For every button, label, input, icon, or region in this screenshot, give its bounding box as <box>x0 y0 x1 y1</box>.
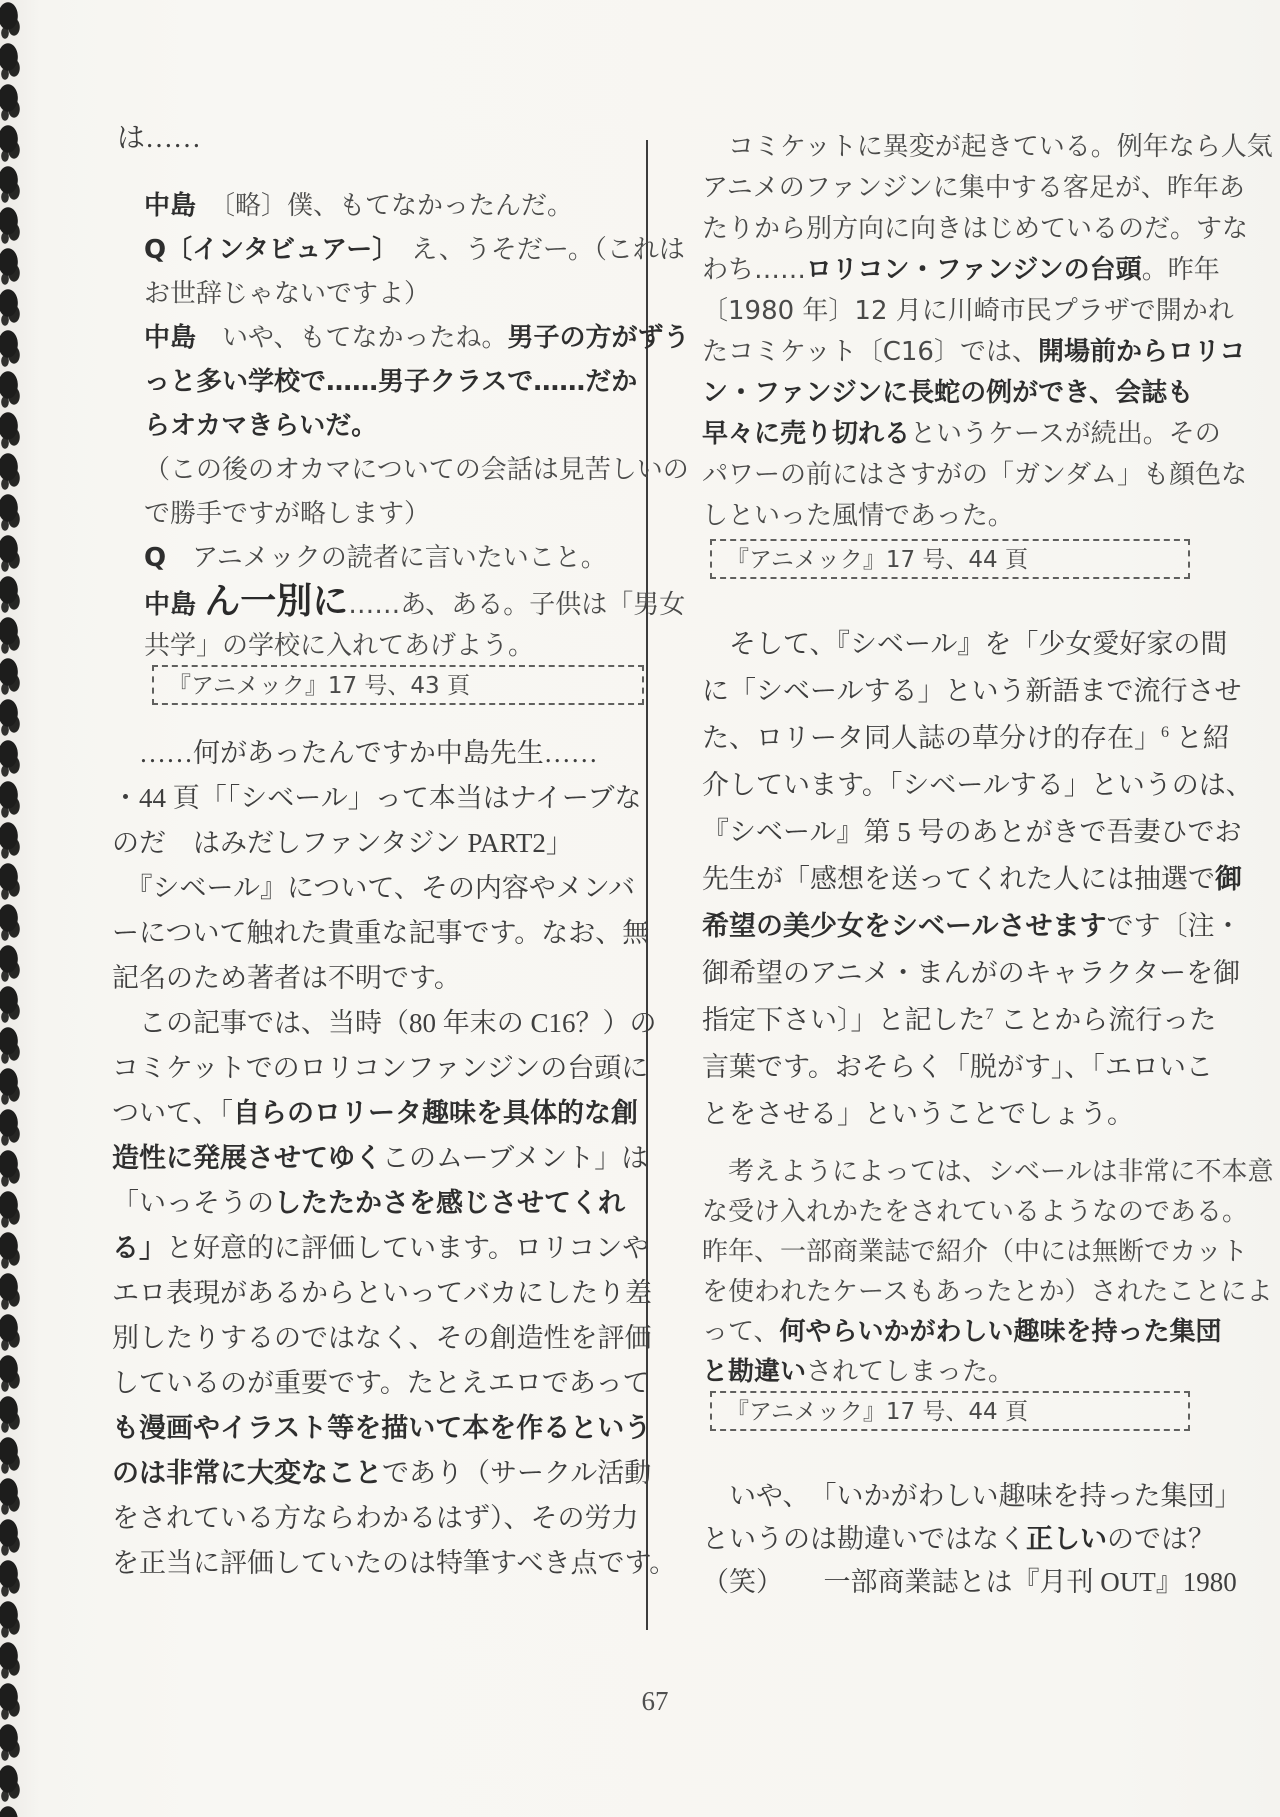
left-commentary-text: ……何があったんですか中島先生……・44 頁「「シベール」って本当はナイーブなの… <box>112 731 676 1586</box>
text-line: 昨年、一部商業誌で紹介（中には無断でカット <box>702 1232 1273 1272</box>
lead-continuation-text: は…… <box>117 116 201 156</box>
text-line: をされている方ならわかるはず）、その労力 <box>112 1496 676 1541</box>
text-line: 中島 ん一別に……あ、ある。子供は「男女 <box>144 580 690 624</box>
text-line: わち……ロリコン・ファンジンの台頭。昨年 <box>702 250 1273 291</box>
text-line: この記事では、当時（80 年末の C16？）の <box>112 1001 676 1046</box>
text-line: っと多い学校で……男子クラスで……だか <box>144 360 690 404</box>
text-line: ン・ファンジンに長蛇の例ができ、会誌も <box>702 373 1273 414</box>
text-line: 指定下さい〕」と記した7 ことから流行った <box>702 997 1253 1044</box>
text-line: たコミケット〔C16〕では、開場前からロリコ <box>702 332 1273 373</box>
citation-box-animec-17-44-b: 『アニメック』17 号、44 頁 <box>710 1391 1190 1431</box>
text-line: しているのが重要です。たとえエロであって <box>112 1361 676 1406</box>
text-line: ついて、「自らのロリータ趣味を具体的な創 <box>112 1091 676 1136</box>
animec-quote-block-2: 考えようによっては、シベールは非常に不本意な受け入れかたをされているようなのであ… <box>702 1152 1273 1392</box>
text-line: 言葉です。おそらく「脱がす」、「エロいこ <box>702 1044 1253 1091</box>
text-line: 別したりするのではなく、その創造性を評価 <box>112 1316 676 1361</box>
text-line: る」と好意的に評価しています。ロリコンや <box>112 1226 676 1271</box>
text-line: 希望の美少女をシベールさせますです〔注・ <box>702 903 1253 950</box>
citation-text: 『アニメック』17 号、44 頁 <box>726 547 1028 573</box>
text-line: お世辞じゃないですよ） <box>144 272 690 316</box>
text-line: ・44 頁「「シベール」って本当はナイーブな <box>112 776 676 821</box>
text-line: たりから別方向に向きはじめているのだ。すな <box>702 209 1273 250</box>
scanned-book-page: は…… 中島 〔略〕僕、もてなかったんだ。Q〔インタビュアー〕 え、うそだー。（… <box>0 0 1280 1817</box>
text-line: と勘違いされてしまった。 <box>702 1352 1273 1392</box>
text-line: で勝手ですが略します） <box>144 492 690 536</box>
citation-text: 『アニメック』17 号、43 頁 <box>168 673 470 699</box>
text-line: しといった風情であった。 <box>702 496 1273 537</box>
text-line: 中島 いや、もてなかったね。男子の方がずう <box>144 316 690 360</box>
text-line: （この後のオカマについての会話は見苦しいの <box>144 448 690 492</box>
page-number: 67 <box>0 1686 1280 1717</box>
text-line: に「シベールする」という新語まで流行させ <box>702 668 1253 715</box>
text-line: いや、 「いかがわしい趣味を持った集団」 <box>702 1475 1241 1518</box>
text-line: らオカマきらいだ。 <box>144 404 690 448</box>
text-line: 「いっそうのしたたかさを感じさせてくれ <box>112 1181 676 1226</box>
text-line: って、何やらいかがわしい趣味を持った集団 <box>702 1312 1273 1352</box>
text-line: た、ロリータ同人誌の草分け的存在」6 と紹 <box>702 715 1253 762</box>
text-line: 記名のため著者は不明です。 <box>112 956 676 1001</box>
text-line: 共学」の学校に入れてあげよう。 <box>144 624 690 668</box>
text-line: とをさせる」ということでしょう。 <box>702 1091 1253 1138</box>
text-line: エロ表現があるからといってバカにしたり差 <box>112 1271 676 1316</box>
text-line: 考えようによっては、シベールは非常に不本意 <box>702 1152 1273 1192</box>
text-line: ……何があったんですか中島先生…… <box>112 731 676 776</box>
text-line: 先生が「感想を送ってくれた人には抽選で御 <box>702 856 1253 903</box>
text-line: 介しています。「シベールする」というのは、 <box>702 762 1253 809</box>
citation-box-animec-17-44-a: 『アニメック』17 号、44 頁 <box>710 539 1190 579</box>
spiral-binding-edge <box>0 0 30 1817</box>
text-line: （笑） 一部商業誌とは『月刊 OUT』1980 <box>702 1561 1241 1604</box>
text-line: Q〔インタビュアー〕 え、うそだー。（これは <box>144 228 690 272</box>
text-line: Q アニメックの読者に言いたいこと。 <box>144 536 690 580</box>
text-line: 御希望のアニメ・まんがのキャラクターを御 <box>702 950 1253 997</box>
text-line: コミケットでのロリコンファンジンの台頭に <box>112 1046 676 1091</box>
text-line: というのは勘違いではなく正しいのでは？ <box>702 1518 1241 1561</box>
text-line: を使われたケースもあったとか）されたことによ <box>702 1272 1273 1312</box>
text-line: 〔1980 年〕12 月に川崎市民プラザで開かれ <box>702 291 1273 332</box>
text-line: 造性に発展させてゆくこのムーブメント」は <box>112 1136 676 1181</box>
text-line: パワーの前にはさすがの「ガンダム」も顔色な <box>702 455 1273 496</box>
text-line: のは非常に大変なことであり（サークル活動 <box>112 1451 676 1496</box>
text-line: 中島 〔略〕僕、もてなかったんだ。 <box>144 184 690 228</box>
text-line: 『シベール』について、その内容やメンバ <box>112 866 676 911</box>
text-line: な受け入れかたをされているようなのである。 <box>702 1192 1273 1232</box>
text-line: も漫画やイラスト等を描いて本を作るという <box>112 1406 676 1451</box>
text-line: 早々に売り切れるというケースが続出。その <box>702 414 1273 455</box>
text-line: 『シベール』第 5 号のあとがきで吾妻ひでお <box>702 809 1253 856</box>
text-line: アニメのファンジンに集中する客足が、昨年あ <box>702 168 1273 209</box>
text-line: のだ はみだしファンタジン PART2」 <box>112 821 676 866</box>
text-line: そして、『シベール』を「少女愛好家の間 <box>702 621 1253 668</box>
interview-quote-block: 中島 〔略〕僕、もてなかったんだ。Q〔インタビュアー〕 え、うそだー。（これはお… <box>144 184 690 668</box>
text-line: ーについて触れた貴重な記事です。なお、無 <box>112 911 676 956</box>
right-commentary-text-1: そして、『シベール』を「少女愛好家の間に「シベールする」という新語まで流行させた… <box>702 621 1253 1138</box>
right-commentary-text-2: いや、 「いかがわしい趣味を持った集団」というのは勘違いではなく正しいのでは？（… <box>702 1475 1241 1604</box>
animec-quote-block-1: コミケットに異変が起きている。例年なら人気アニメのファンジンに集中する客足が、昨… <box>702 127 1273 537</box>
citation-text: 『アニメック』17 号、44 頁 <box>726 1399 1028 1425</box>
text-line: コミケットに異変が起きている。例年なら人気 <box>702 127 1273 168</box>
citation-box-animec-17-43: 『アニメック』17 号、43 頁 <box>152 665 644 705</box>
text-line: を正当に評価していたのは特筆すべき点です。 <box>112 1541 676 1586</box>
